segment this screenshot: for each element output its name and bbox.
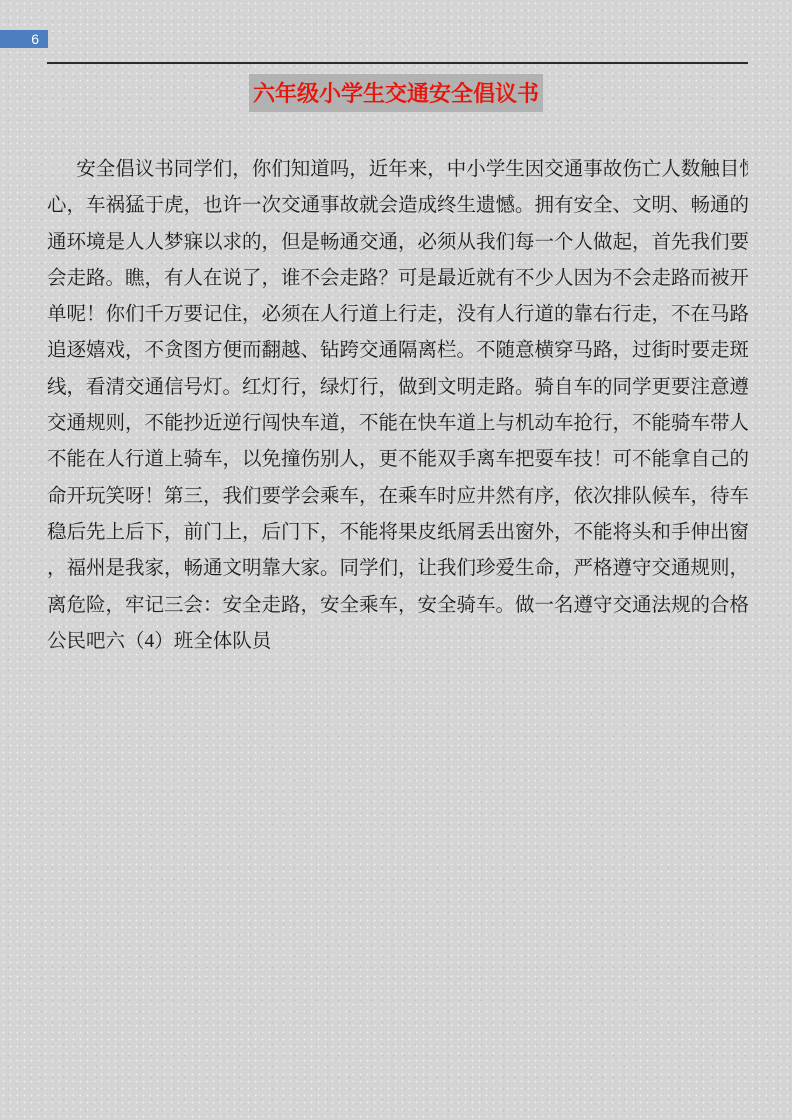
header-divider	[47, 62, 748, 64]
body-text-line: 不能在人行道上骑车，以免撞伤别人，更不能双手离车把耍车技！可不能拿自己的性	[47, 442, 748, 478]
body-text-line: 追逐嬉戏，不贪图方便而翻越、钻跨交通隔离栏。不随意横穿马路，过街时要走斑马	[47, 333, 748, 369]
body-text-line: ，福州是我家，畅通文明靠大家。同学们，让我们珍爱生命，严格遵守交通规则，远	[47, 551, 748, 587]
document-page: 6 六年级小学生交通安全倡议书 安全倡议书同学们，你们知道吗，近年来，中小学生因…	[0, 0, 792, 1120]
body-text-line: 稳后先上后下，前门上，后门下，不能将果皮纸屑丢出窗外，不能将头和手伸出窗外	[47, 515, 748, 551]
body-text-line: 线，看清交通信号灯。红灯行，绿灯行，做到文明走路。骑自车的同学更要注意遵守	[47, 370, 748, 406]
document-title-text: 六年级小学生交通安全倡议书	[249, 74, 543, 112]
page-number-badge: 6	[0, 30, 48, 48]
body-text-line: 心，车祸猛于虎，也许一次交通事故就会造成终生遗憾。拥有安全、文明、畅通的交	[47, 188, 748, 224]
document-title: 六年级小学生交通安全倡议书	[0, 74, 792, 112]
body-text-line: 公民吧六（4）班全体队员	[47, 624, 748, 660]
body-text-line: 安全倡议书同学们，你们知道吗，近年来，中小学生因交通事故伤亡人数触目惊	[47, 152, 748, 188]
body-text-line: 通环境是人人梦寐以求的，但是畅通交通，必须从我们每一个人做起，首先我们要学	[47, 225, 748, 261]
body-text-line: 交通规则，不能抄近逆行闯快车道，不能在快车道上与机动车抢行，不能骑车带人，	[47, 406, 748, 442]
document-body: 安全倡议书同学们，你们知道吗，近年来，中小学生因交通事故伤亡人数触目惊心，车祸猛…	[47, 152, 748, 660]
body-text-line: 会走路。瞧，有人在说了，谁不会走路？可是最近就有不少人因为不会走路而被开罚	[47, 261, 748, 297]
body-text-line: 单呢！你们千万要记住，必须在人行道上行走，没有人行道的靠右行走，不在马路上	[47, 297, 748, 333]
body-text-line: 命开玩笑呀！第三，我们要学会乘车，在乘车时应井然有序，依次排队候车，待车停	[47, 479, 748, 515]
body-text-line: 离危险，牢记三会：安全走路，安全乘车，安全骑车。做一名遵守交通法规的合格小	[47, 588, 748, 624]
